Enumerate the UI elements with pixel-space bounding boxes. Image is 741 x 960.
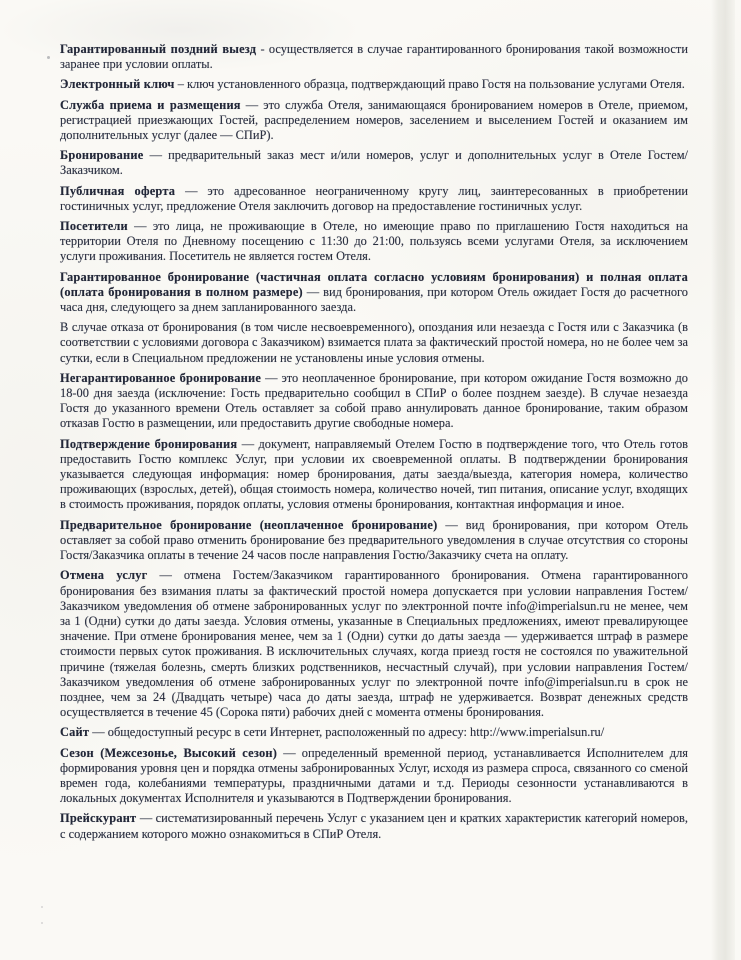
- definition-term: Негарантированное бронирование: [60, 371, 261, 385]
- para-reception-service: Служба приема и размещения — это служба …: [60, 98, 688, 144]
- scan-edge-artifact: [711, 0, 735, 960]
- scan-speck-artifact: [47, 56, 50, 59]
- para-service-cancellation: Отмена услуг — отмена Гостем/Заказчиком …: [60, 568, 688, 720]
- document-text-block: Гарантированный поздний выезд - осуществ…: [60, 42, 688, 847]
- definition-term: Сайт: [60, 725, 89, 739]
- definition-body: — это лица, не проживающие в Отеле, но и…: [60, 219, 688, 263]
- definition-term: Публичная оферта: [60, 184, 175, 198]
- para-guaranteed-booking: Гарантированное бронирование (частичная …: [60, 270, 688, 316]
- definition-term: Электронный ключ: [60, 77, 175, 91]
- para-preliminary-booking: Предварительное бронирование (неоплаченн…: [60, 518, 688, 564]
- definition-term: Отмена услуг: [60, 568, 147, 582]
- definition-body: В случае отказа от бронирования (в том ч…: [60, 320, 688, 364]
- definition-body: — систематизированный перечень Услуг с у…: [60, 811, 688, 840]
- para-season: Сезон (Межсезонье, Высокий сезон) — опре…: [60, 746, 688, 807]
- definition-term: Бронирование: [60, 148, 143, 162]
- definition-body: — общедоступный ресурс в сети Интернет, …: [92, 725, 604, 739]
- definition-body: – ключ установленного образца, подтвержд…: [178, 77, 685, 91]
- scan-speck-artifact: [41, 906, 43, 908]
- para-visitors: Посетители — это лица, не проживающие в …: [60, 219, 688, 265]
- para-website: Сайт — общедоступный ресурс в сети Интер…: [60, 725, 688, 740]
- para-cancellation-penalty-note: В случае отказа от бронирования (в том ч…: [60, 320, 688, 366]
- definition-body: — предварительный заказ мест и/или номер…: [60, 148, 688, 177]
- definition-term: Служба приема и размещения: [60, 98, 241, 112]
- para-public-offer: Публичная оферта — это адресованное неог…: [60, 184, 688, 214]
- para-electronic-key: Электронный ключ – ключ установленного о…: [60, 77, 688, 92]
- definition-body: — отмена Гостем/Заказчиком гарантированн…: [60, 568, 688, 719]
- para-late-checkout: Гарантированный поздний выезд - осуществ…: [60, 42, 688, 72]
- definition-term: Сезон (Межсезонье, Высокий сезон): [60, 746, 277, 760]
- para-price-list: Прейскурант — систематизированный перече…: [60, 811, 688, 841]
- definition-term: Прейскурант: [60, 811, 136, 825]
- scanned-document-page: Гарантированный поздний выезд - осуществ…: [0, 0, 741, 960]
- definition-term: Предварительное бронирование (неоплаченн…: [60, 518, 437, 532]
- para-non-guaranteed-booking: Негарантированное бронирование — это нео…: [60, 371, 688, 432]
- definition-term: Подтверждение бронирования: [60, 437, 237, 451]
- definition-term: Посетители: [60, 219, 128, 233]
- definition-term: Гарантированный поздний выезд: [60, 42, 256, 56]
- scan-speck-artifact: [41, 922, 43, 924]
- para-booking: Бронирование — предварительный заказ мес…: [60, 148, 688, 178]
- para-booking-confirmation: Подтверждение бронирования — документ, н…: [60, 437, 688, 513]
